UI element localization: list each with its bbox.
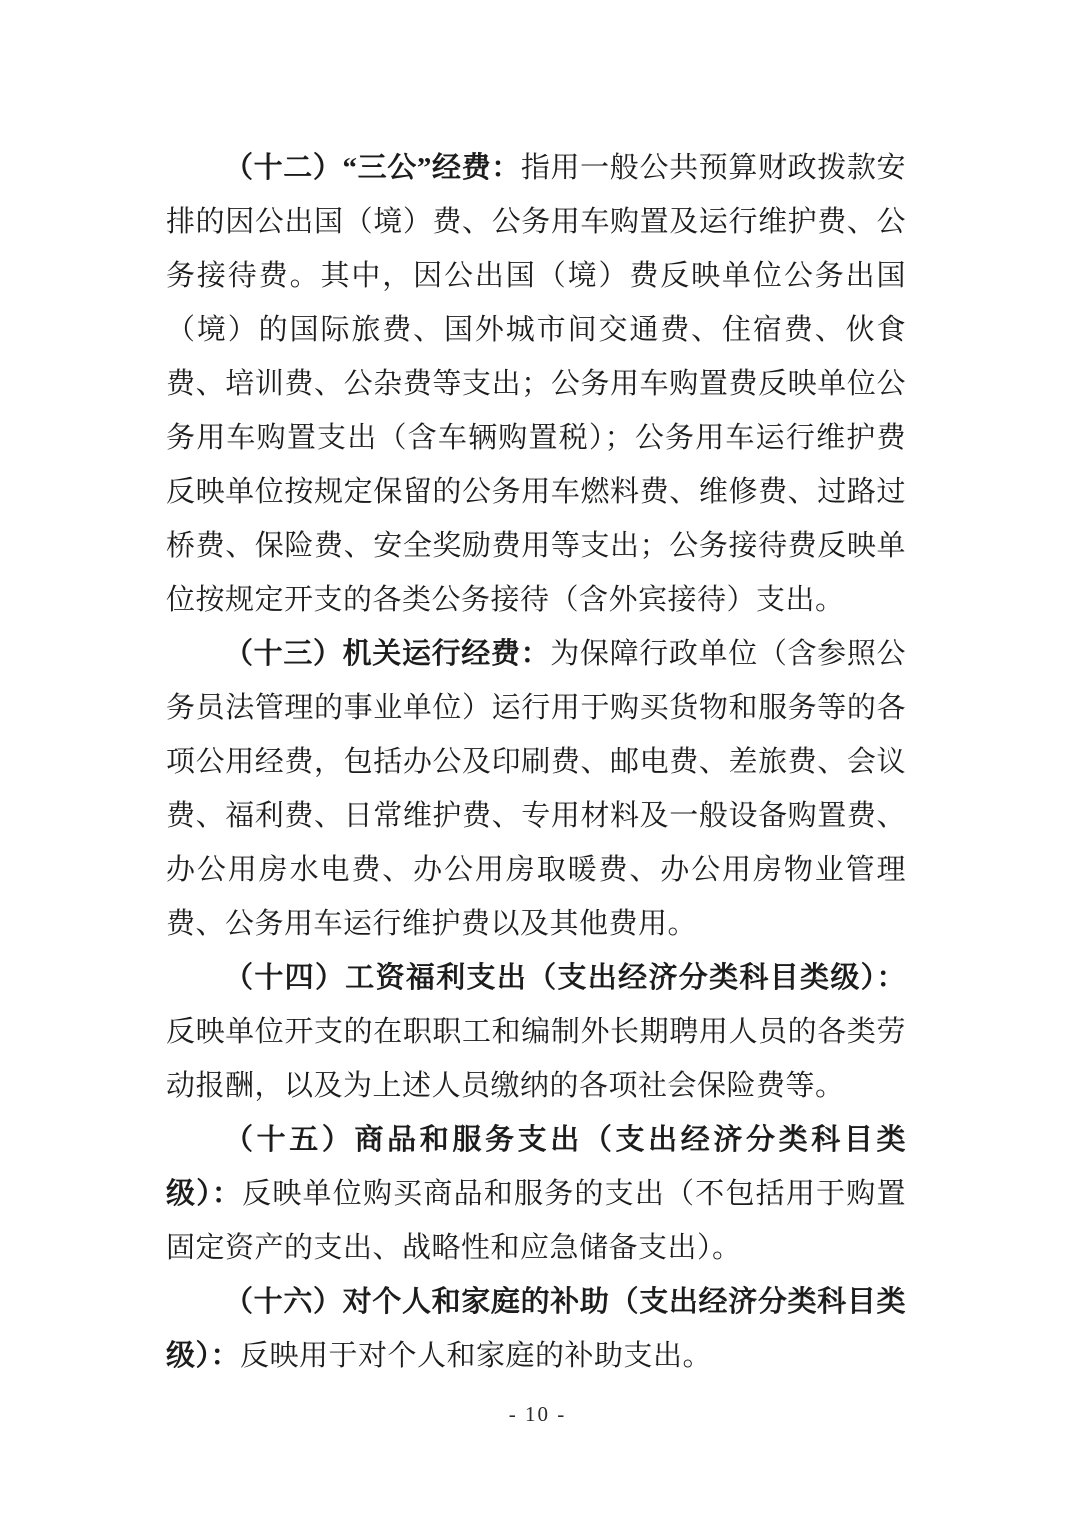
paragraph-13-heading: （十三）机关运行经费： [224, 638, 550, 670]
paragraph-12: （十二）“三公”经费：指用一般公共预算财政拨款安排的因公出国（境）费、公务用车购… [166, 141, 906, 627]
paragraph-16-text: 反映用于对个人和家庭的补助支出。 [240, 1340, 712, 1372]
paragraph-12-heading: （十二）“三公”经费： [224, 152, 521, 184]
paragraph-14-text: 反映单位开支的在职职工和编制外长期聘用人员的各类劳动报酬，以及为上述人员缴纳的各… [166, 1016, 906, 1102]
paragraph-13: （十三）机关运行经费：为保障行政单位（含参照公务员法管理的事业单位）运行用于购买… [166, 627, 906, 951]
page-number: - 10 - [0, 1402, 1075, 1427]
paragraph-13-text: 为保障行政单位（含参照公务员法管理的事业单位）运行用于购买货物和服务等的各项公用… [166, 638, 906, 940]
paragraph-15-text: 反映单位购买商品和服务的支出（不包括用于购置固定资产的支出、战略性和应急储备支出… [166, 1178, 906, 1264]
document-page: （十二）“三公”经费：指用一般公共预算财政拨款安排的因公出国（境）费、公务用车购… [0, 0, 1075, 1520]
document-body: （十二）“三公”经费：指用一般公共预算财政拨款安排的因公出国（境）费、公务用车购… [166, 141, 906, 1383]
paragraph-15: （十五）商品和服务支出（支出经济分类科目类级）：反映单位购买商品和服务的支出（不… [166, 1113, 906, 1275]
paragraph-14: （十四）工资福利支出（支出经济分类科目类级）：反映单位开支的在职职工和编制外长期… [166, 951, 906, 1113]
paragraph-16: （十六）对个人和家庭的补助（支出经济分类科目类级）：反映用于对个人和家庭的补助支… [166, 1275, 906, 1383]
paragraph-14-heading: （十四）工资福利支出（支出经济分类科目类级）： [224, 962, 906, 994]
paragraph-12-text: 指用一般公共预算财政拨款安排的因公出国（境）费、公务用车购置及运行维护费、公务接… [166, 152, 906, 616]
